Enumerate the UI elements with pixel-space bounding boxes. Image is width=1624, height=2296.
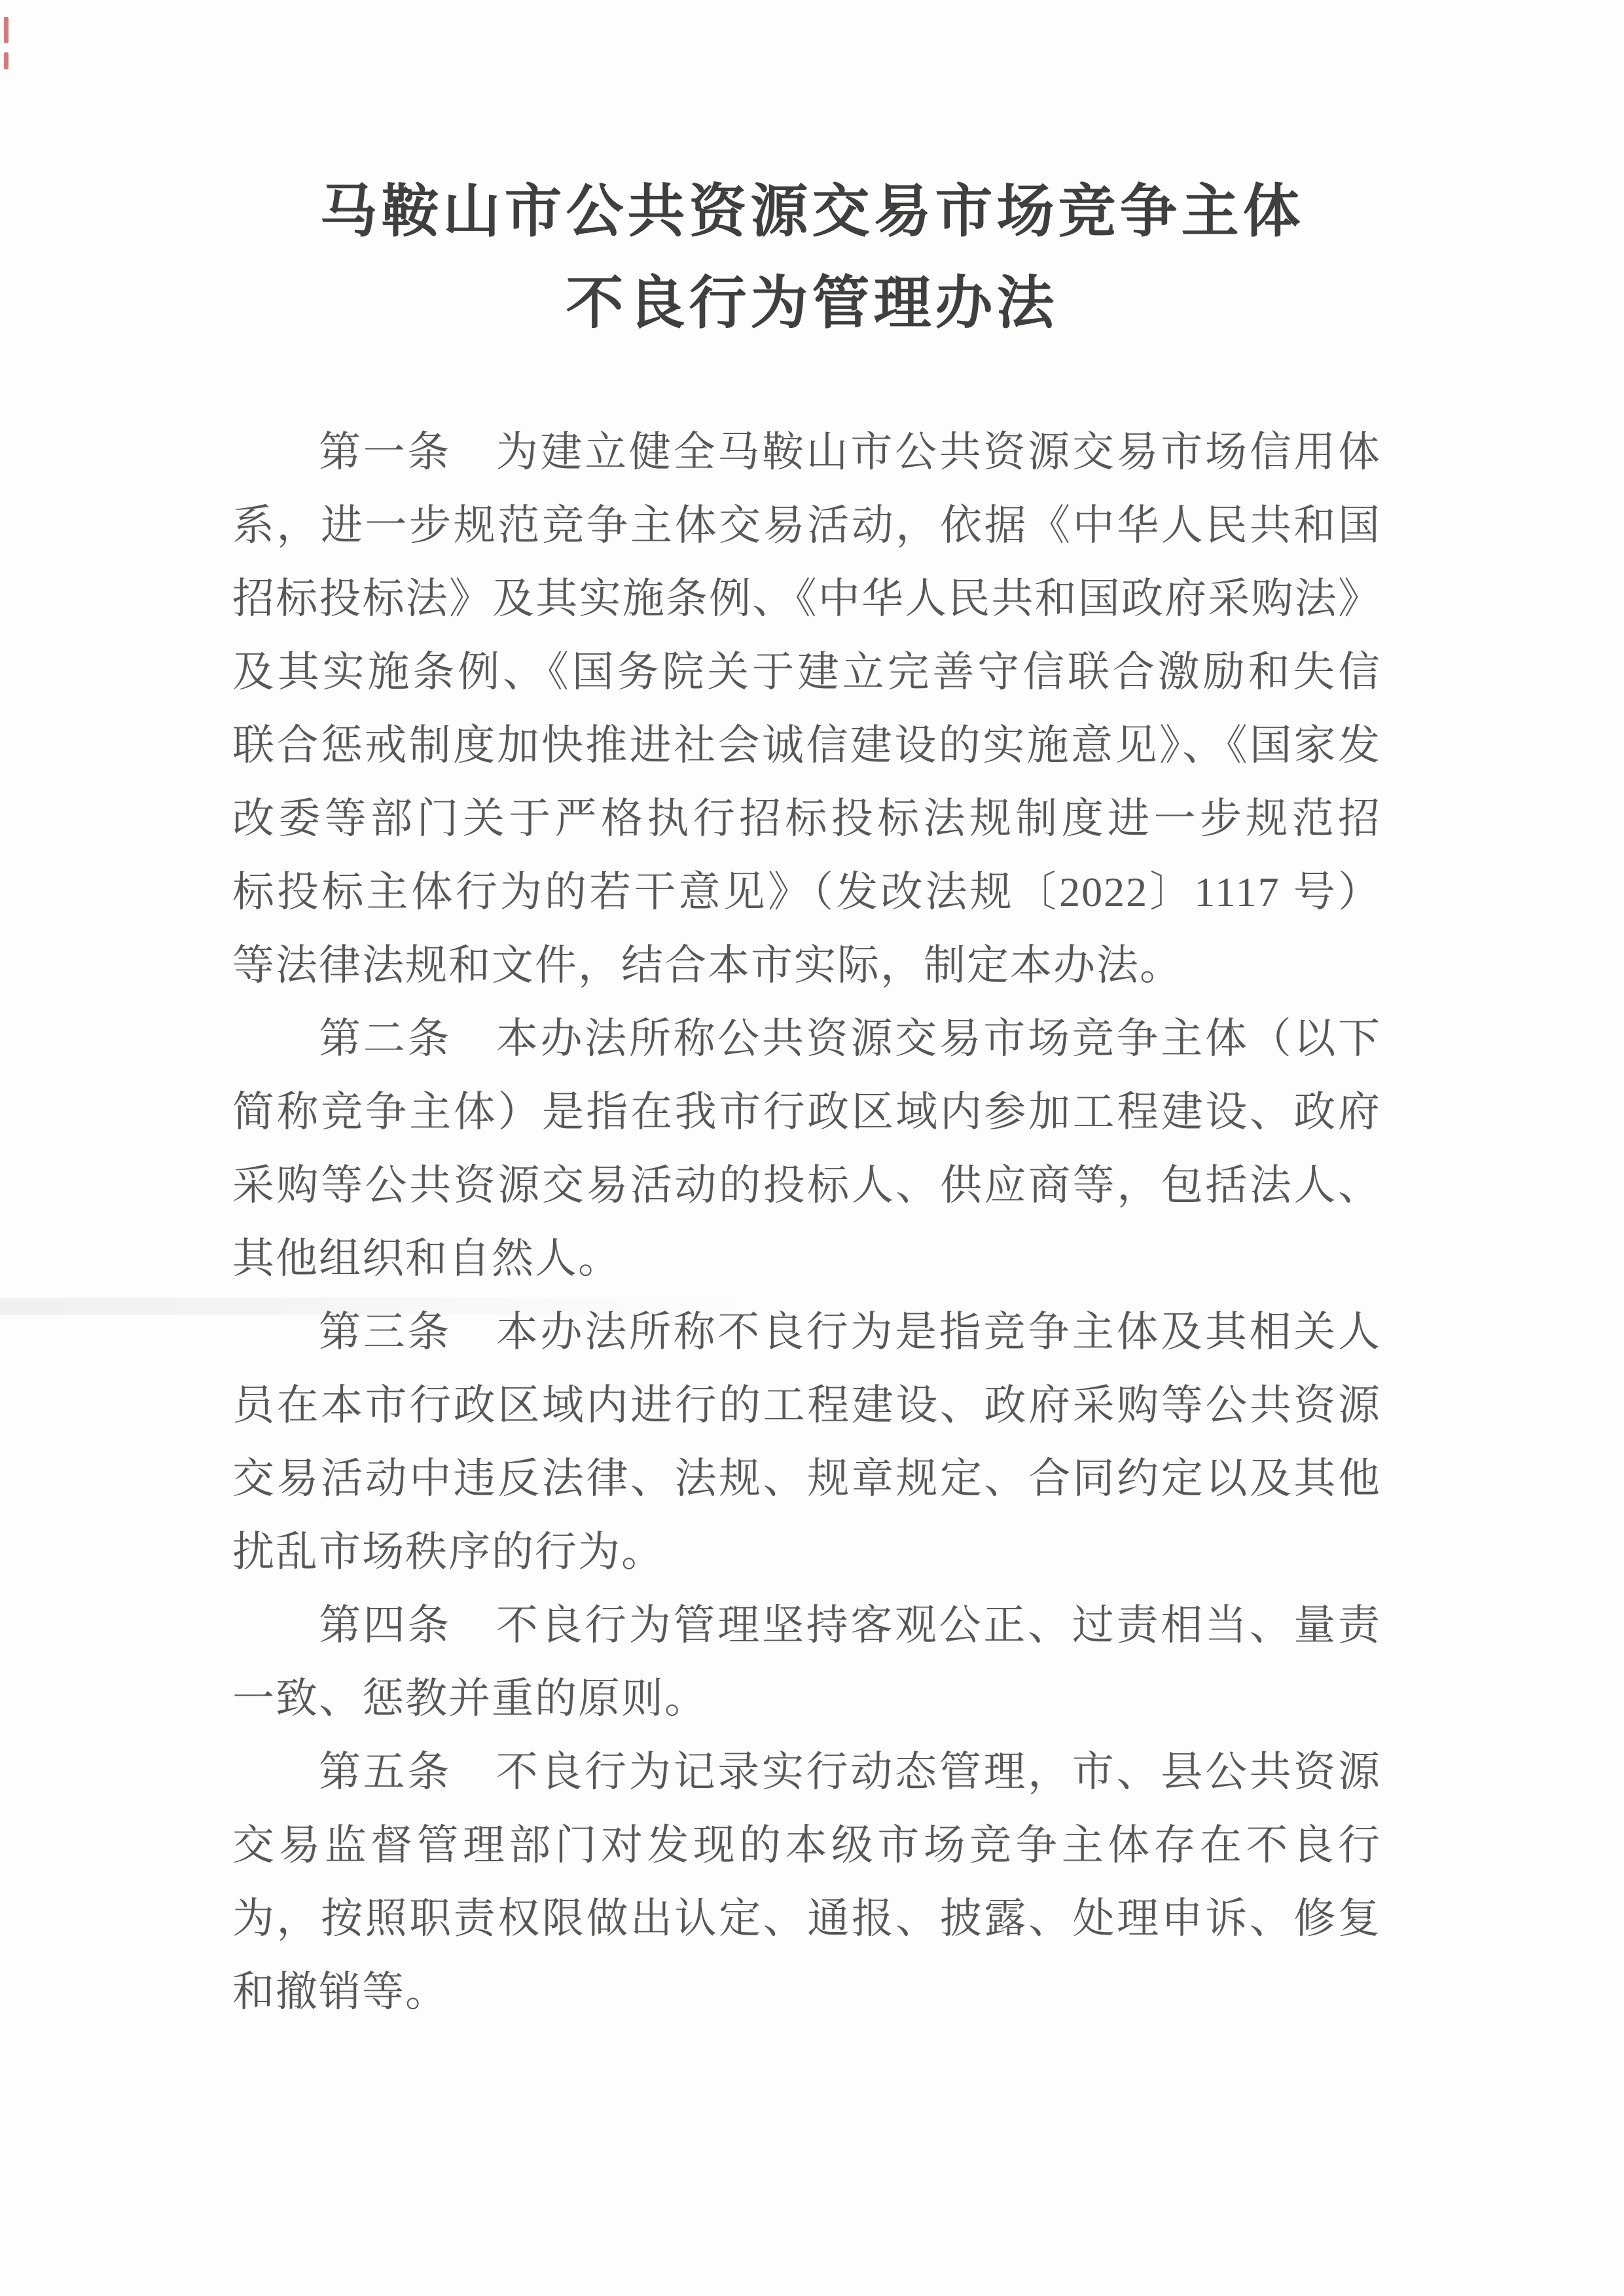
scan-artifact-red-mark xyxy=(4,52,9,69)
body-line: 第四条 不良行为管理坚持客观公正、过责相当、量责 xyxy=(232,1589,1381,1662)
body-line: 一致、惩教并重的原则。 xyxy=(232,1662,1381,1736)
document-title-line-1: 马鞍山市公共资源交易市场竞争主体 xyxy=(0,167,1624,259)
body-line: 及其实施条例、《国务院关于建立完善守信联合激励和失信 xyxy=(232,636,1381,709)
document-page: 马鞍山市公共资源交易市场竞争主体 不良行为管理办法 第一条 为建立健全马鞍山市公… xyxy=(0,0,1624,2296)
body-line: 等法律法规和文件，结合本市实际，制定本办法。 xyxy=(232,929,1381,1002)
scan-artifact-red-mark xyxy=(4,17,9,43)
body-line: 标投标主体行为的若干意见》（发改法规〔2022〕1117 号） xyxy=(232,856,1381,929)
body-line: 交易活动中违反法律、法规、规章规定、合同约定以及其他 xyxy=(232,1442,1381,1516)
body-line: 为，按照职责权限做出认定、通报、披露、处理申诉、修复 xyxy=(232,1882,1381,1956)
body-line: 改委等部门关于严格执行招标投标法规制度进一步规范招 xyxy=(232,782,1381,856)
document-title-line-2: 不良行为管理办法 xyxy=(0,259,1624,350)
body-line: 员在本市行政区域内进行的工程建设、政府采购等公共资源 xyxy=(232,1369,1381,1442)
body-line: 和撤销等。 xyxy=(232,1956,1381,2029)
body-line: 联合惩戒制度加快推进社会诚信建设的实施意见》、《国家发 xyxy=(232,709,1381,782)
body-line: 第五条 不良行为记录实行动态管理，市、县公共资源 xyxy=(232,1736,1381,1809)
body-line: 第三条 本办法所称不良行为是指竞争主体及其相关人 xyxy=(232,1296,1381,1369)
body-line: 第二条 本办法所称公共资源交易市场竞争主体（以下 xyxy=(232,1002,1381,1076)
document-body: 第一条 为建立健全马鞍山市公共资源交易市场信用体系，进一步规范竞争主体交易活动，… xyxy=(232,416,1381,2029)
body-line: 其他组织和自然人。 xyxy=(232,1222,1381,1296)
body-line: 简称竞争主体）是指在我市行政区域内参加工程建设、政府 xyxy=(232,1076,1381,1149)
body-line: 交易监督管理部门对发现的本级市场竞争主体存在不良行 xyxy=(232,1809,1381,1882)
document-title: 马鞍山市公共资源交易市场竞争主体 不良行为管理办法 xyxy=(0,167,1624,350)
body-line: 系，进一步规范竞争主体交易活动，依据《中华人民共和国 xyxy=(232,489,1381,562)
body-line: 采购等公共资源交易活动的投标人、供应商等，包括法人、 xyxy=(232,1149,1381,1222)
body-line: 招标投标法》及其实施条例、《中华人民共和国政府采购法》 xyxy=(232,562,1381,636)
body-line: 第一条 为建立健全马鞍山市公共资源交易市场信用体 xyxy=(232,416,1381,489)
body-line: 扰乱市场秩序的行为。 xyxy=(232,1516,1381,1589)
